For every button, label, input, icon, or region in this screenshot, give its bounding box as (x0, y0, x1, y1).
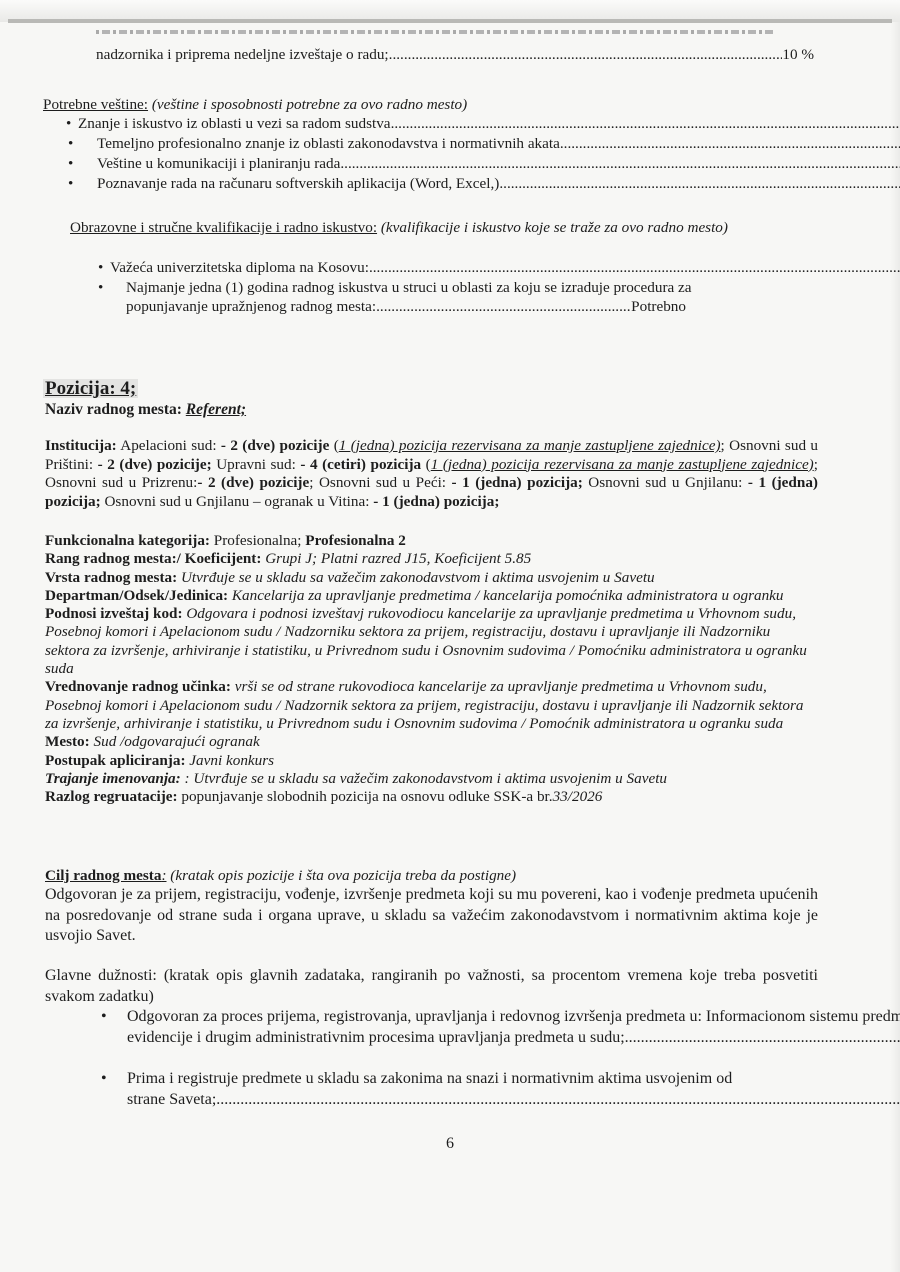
duty-text-end: evidencije i drugim administrativnim pro… (127, 1028, 625, 1049)
skill-text: Temeljno profesionalno znanje iz oblasti… (97, 134, 560, 153)
duty-text-end: strane Saveta; (127, 1090, 216, 1111)
bullet-icon (101, 1007, 127, 1048)
detail-value: Javni konkurs (186, 752, 275, 769)
detail-value: Grupi J; Platni razred J15, Koeficijent … (261, 550, 531, 567)
goal-subtitle: (kratak opis pozicije i šta ova pozicija… (167, 867, 517, 884)
qualification-text: Važeća univerzitetska diploma na Kosovu: (110, 258, 369, 277)
page-number: 6 (0, 1134, 900, 1153)
institution-fragment: ( (421, 456, 431, 473)
bullet-icon (68, 134, 97, 153)
detail-label: Razlog regruatacije: (45, 788, 178, 805)
skill-item: Temeljno profesionalno znanje iz oblasti… (68, 134, 822, 153)
institution-fragment: ; Osnovni sud u Peći: (309, 474, 451, 491)
job-title-line: Naziv radnog mesta: Referent; (45, 400, 246, 419)
bullet-icon (68, 174, 97, 193)
qualifications-heading: Obrazovne i stručne kvalifikacije i radn… (70, 218, 790, 237)
institution-fragment: - 2 (dve) pozicije (197, 474, 309, 491)
detail-value: : Utvrđuje se u skladu sa važečim zakono… (181, 770, 667, 787)
institution-fragment: Osnovni sud u Gnjilanu – ogranak u Vitin… (101, 493, 374, 510)
duty-text: Prima i registruje predmete u skladu sa … (127, 1069, 900, 1090)
institution-fragment: - 2 (dve) pozicije (221, 437, 329, 454)
detail-value: Sud /odgovarajući ogranak (90, 733, 260, 750)
bullet-icon (98, 258, 110, 277)
qualification-value: Potrebno (631, 297, 686, 316)
detail-label: Funkcionalna kategorija: (45, 532, 210, 549)
prev-duty-percent: 10 % (782, 45, 814, 64)
detail-row: Razlog regruatacije: popunjavanje slobod… (45, 788, 818, 806)
leader-dots (389, 45, 783, 64)
institution-fragment: Osnovni sud u Gnjilanu: (583, 474, 748, 491)
institution-label: Institucija: (45, 437, 117, 454)
detail-row: Rang radnog mesta:/ Koeficijent: Grupi J… (45, 550, 818, 568)
institution-paragraph: Institucija: Apelacioni sud: - 2 (dve) p… (45, 437, 818, 511)
skill-item: Poznavanje rada na računaru softverskih … (68, 174, 822, 193)
detail-row: Vrsta radnog mesta: Utvrđuje se u skladu… (45, 569, 818, 587)
qualifications-title: Obrazovne i stručne kvalifikacije i radn… (70, 219, 377, 236)
detail-label: Mesto: (45, 733, 90, 750)
goal-heading: Cilj radnog mesta: (kratak opis pozicije… (45, 866, 516, 885)
skill-item: Znanje i iskustvo iz oblasti u vezi sa r… (66, 114, 822, 133)
detail-label: Vrsta radnog mesta: (45, 569, 177, 586)
document-page: nadzornika i priprema nedeljne izveštaje… (0, 0, 900, 1272)
detail-value: Kancelarija za upravljanje predmetima / … (228, 587, 783, 604)
detail-row: Funkcionalna kategorija: Profesionalna; … (45, 532, 818, 550)
institution-fragment: 1 (jedna) pozicija rezervisana za manje … (339, 437, 721, 454)
institution-fragment: Apelacioni sud: (117, 437, 221, 454)
institution-fragment: Upravni sud: (212, 456, 301, 473)
leader-dots (625, 1028, 900, 1049)
institution-fragment: - 4 (cetiri) pozicija (300, 456, 421, 473)
cropped-text-line (96, 30, 776, 34)
bullet-icon (101, 1069, 127, 1110)
bullet-icon (98, 278, 126, 316)
duty-text: Odgovoran za proces prijema, registrovan… (127, 1007, 900, 1028)
detail-label: Podnosi izveštaj kod: (45, 605, 183, 622)
institution-fragment: ( (329, 437, 338, 454)
bullet-icon (68, 154, 97, 173)
leader-dots (216, 1090, 900, 1111)
position-heading: Pozicija: 4; (43, 379, 138, 398)
skill-text: Veštine u komunikaciji i planiranju rada (97, 154, 340, 173)
qualifications-subtitle: (kvalifikacije i iskustvo koje se traže … (381, 219, 728, 236)
detail-label: Postupak apliciranja: (45, 752, 186, 769)
institution-fragment: - 1 (jedna) pozicija; (452, 474, 583, 491)
institution-fragment: - 2 (dve) pozicije; (98, 456, 212, 473)
position-details: Funkcionalna kategorija: Profesionalna; … (45, 532, 818, 806)
qualification-item: Najmanje jedna (1) godina radnog iskustv… (98, 278, 818, 316)
job-title-label: Naziv radnog mesta: (45, 401, 182, 418)
job-title-value: Referent; (186, 401, 246, 418)
detail-value: Profesionalna; (210, 532, 305, 549)
leader-dots (391, 114, 900, 133)
prev-duty-text: nadzornika i priprema nedeljne izveštaje… (96, 45, 389, 64)
detail-value: popunjavanje slobodnih pozicija na osnov… (178, 788, 553, 805)
duty-item: Prima i registruje predmete u skladu sa … (101, 1069, 819, 1110)
qualification-text: popunjavanje upražnjenog radnog mesta: (126, 297, 376, 316)
detail-row: Trajanje imenovanja: : Utvrđuje se u skl… (45, 770, 818, 788)
detail-value: Utvrđuje se u skladu sa važečim zakonoda… (177, 569, 654, 586)
skill-text: Poznavanje rada na računaru softverskih … (97, 174, 499, 193)
skills-heading: Potrebne veštine: (veštine i sposobnosti… (43, 95, 467, 114)
goal-title: Cilj radnog mesta (45, 867, 161, 884)
leader-dots (560, 134, 900, 153)
qualification-item: Važeća univerzitetska diploma na Kosovu:… (98, 258, 683, 277)
bullet-icon (66, 114, 78, 133)
detail-row: Postupak apliciranja: Javni konkurs (45, 752, 818, 770)
leader-dots (499, 174, 900, 193)
detail-label: Rang radnog mesta:/ Koeficijent: (45, 550, 261, 567)
skill-text: Znanje i iskustvo iz oblasti u vezi sa r… (78, 114, 391, 133)
detail-row: Vrednovanje radnog učinka: vrši se od st… (45, 678, 818, 733)
duties-intro: Glavne dužnosti: (kratak opis glavnih za… (45, 966, 818, 1007)
detail-label: Departman/Odsek/Jedinica: (45, 587, 228, 604)
qualification-text: Najmanje jedna (1) godina radnog iskustv… (126, 278, 818, 297)
detail-extra: 33/2026 (553, 788, 603, 805)
leader-dots (376, 297, 631, 316)
detail-label: Trajanje imenovanja: (45, 770, 181, 787)
skill-item: Veštine u komunikaciji i planiranju rada… (68, 154, 822, 173)
detail-row: Mesto: Sud /odgovarajući ogranak (45, 733, 818, 751)
detail-extra: Profesionalna 2 (305, 532, 406, 549)
detail-row: Podnosi izveštaj kod: Odgovara i podnosi… (45, 605, 818, 678)
institution-text: Apelacioni sud: - 2 (dve) pozicije (1 (j… (45, 437, 818, 510)
duty-item: Odgovoran za proces prijema, registrovan… (101, 1007, 819, 1048)
institution-fragment: - 1 (jedna) pozicija; (373, 493, 499, 510)
goal-text: Odgovoran je za prijem, registraciju, vo… (45, 885, 818, 947)
institution-fragment: 1 (jedna) pozicija rezervisana za manje … (431, 456, 814, 473)
skills-title: Potrebne veštine: (43, 96, 148, 113)
leader-dots (340, 154, 900, 173)
skills-subtitle: (veštine i sposobnosti potrebne za ovo r… (152, 96, 467, 113)
detail-label: Vrednovanje radnog učinka: (45, 678, 231, 695)
leader-dots (369, 258, 900, 277)
detail-row: Departman/Odsek/Jedinica: Kancelarija za… (45, 587, 818, 605)
prev-duty-line: nadzornika i priprema nedeljne izveštaje… (96, 45, 814, 64)
